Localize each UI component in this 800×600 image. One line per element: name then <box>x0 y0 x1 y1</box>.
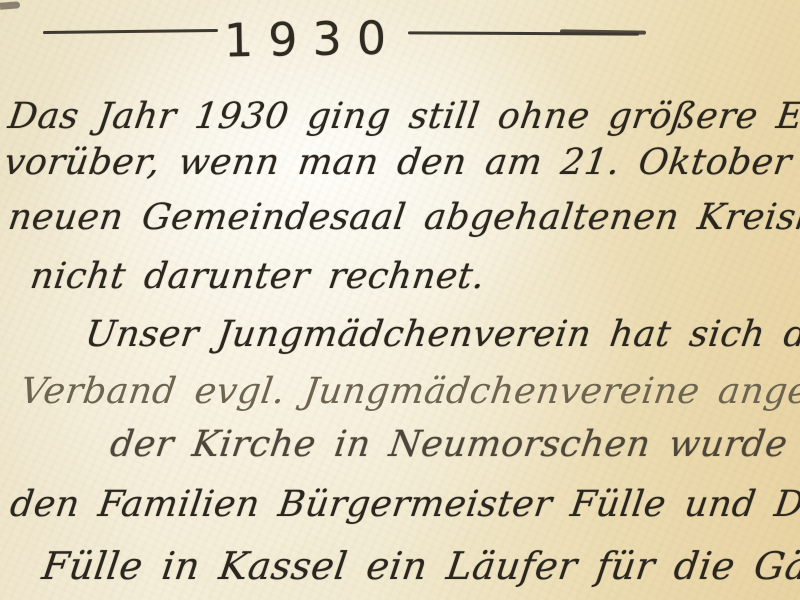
handwritten-line-9: Fülle in Kassel ein Läufer für die Gänge <box>40 544 800 588</box>
chronicle-page: 1930 Das Jahr 1930 ging still ohne größe… <box>0 0 800 600</box>
heading-rule-left <box>43 29 218 34</box>
year-heading: 1930 <box>224 10 402 67</box>
handwritten-line-6: Verband evgl. Jungmädchenvereine angesch… <box>18 371 800 412</box>
handwritten-line-3: neuen Gemeindesaal abgehaltenen Kreiskir… <box>6 197 800 238</box>
handwritten-line-7: der Kirche in Neumorschen wurde von <box>108 424 800 465</box>
handwritten-line-8: den Familien Bürgermeister Fülle und Dr.… <box>8 484 800 525</box>
handwritten-line-2: vorüber, wenn man den am 21. Oktober in … <box>2 142 800 183</box>
scan-edge-artifact <box>0 1 20 9</box>
handwritten-line-1: Das Jahr 1930 ging still ohne größere Er… <box>6 96 800 137</box>
handwritten-line-5: Unser Jungmädchenverein hat sich dem Kur… <box>83 314 800 355</box>
handwritten-line-4: nicht darunter rechnet. <box>28 256 488 297</box>
